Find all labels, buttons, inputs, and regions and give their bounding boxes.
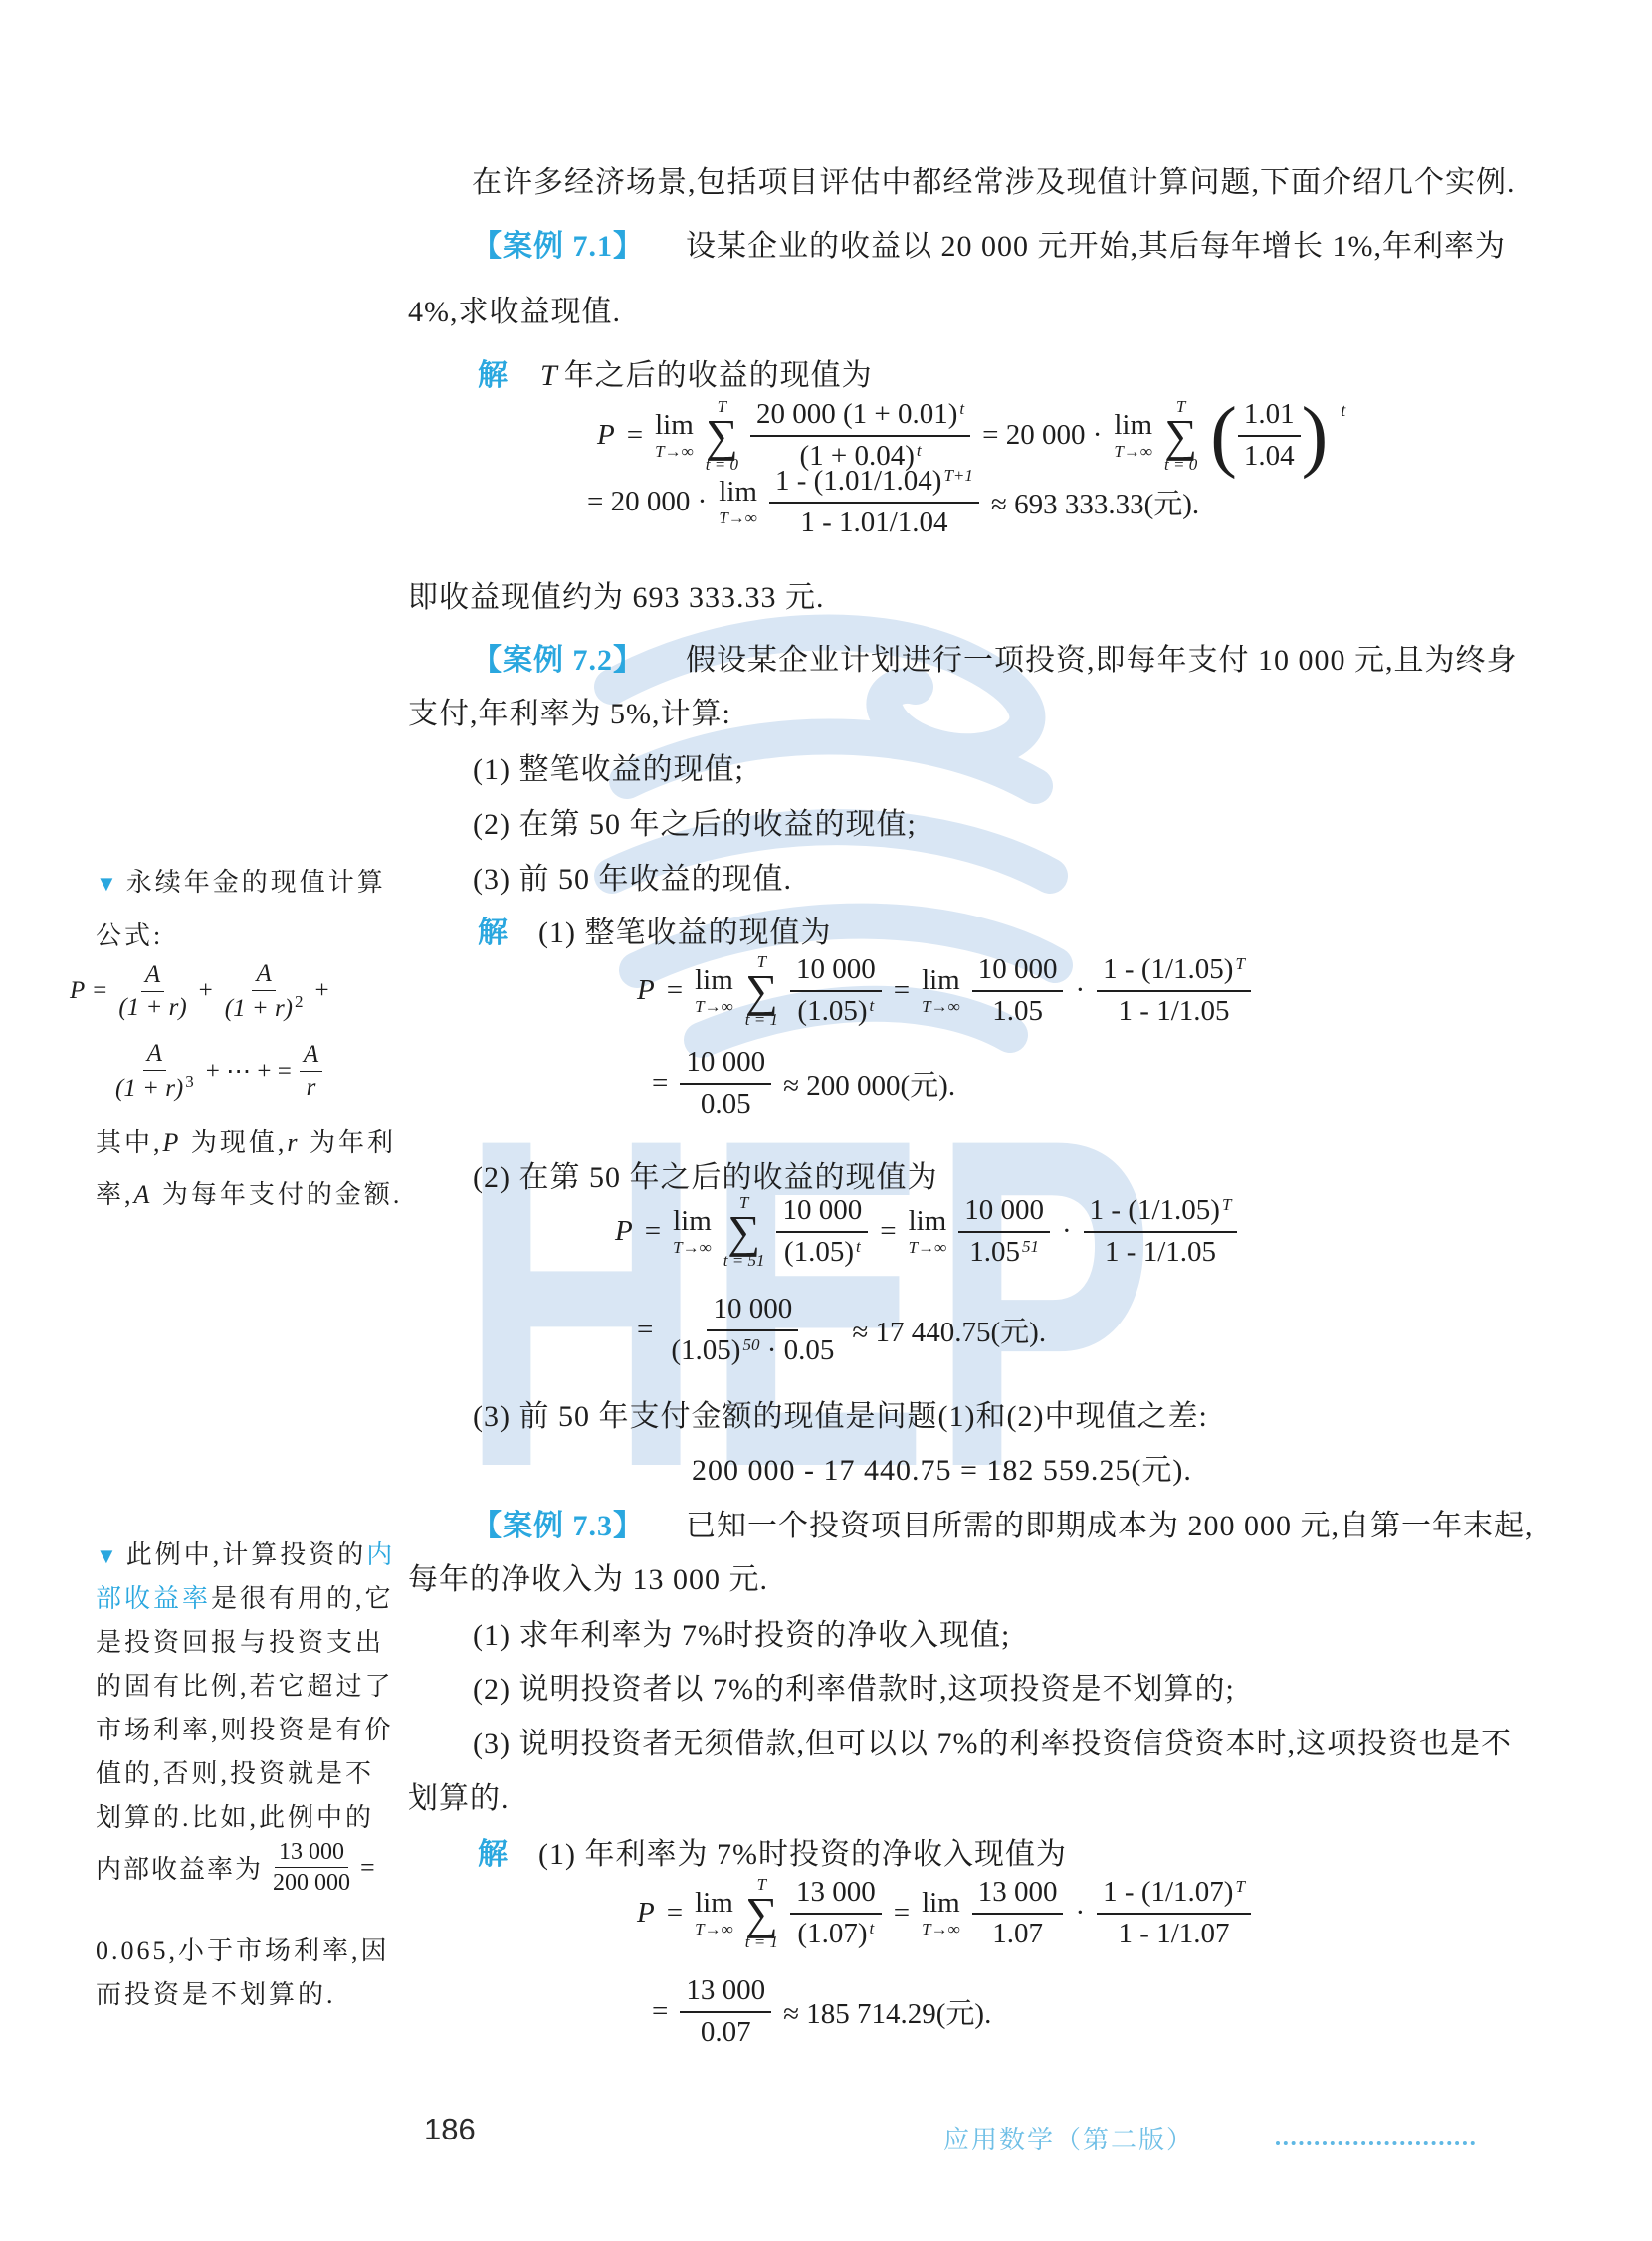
margin-note-line: 而投资是不划算的. bbox=[96, 1974, 336, 2011]
math-token: lim bbox=[922, 966, 960, 995]
margin-formula-line-2: A(1 + r)3 + ⋯ + = Ar bbox=[111, 1040, 322, 1102]
superscript: 3 bbox=[185, 1072, 194, 1091]
case-7-3-item-2: (2) 说明投资者以 7%的利率借款时,这项投资是不划算的; bbox=[473, 1664, 1235, 1708]
math-token: ≈ 17 440.75(元). bbox=[852, 1310, 1046, 1350]
limit-operator: limT→∞ bbox=[655, 411, 694, 460]
limit-operator: limT→∞ bbox=[695, 1889, 733, 1937]
numerator: 10 000 bbox=[790, 954, 882, 992]
summation-symbol: T∑t = 1 bbox=[745, 953, 778, 1028]
limit-operator: limT→∞ bbox=[922, 966, 960, 1015]
fraction: 1.01 1.04 bbox=[1238, 399, 1301, 473]
denominator: 1.05 bbox=[986, 992, 1049, 1028]
summation-symbol: T∑t = 51 bbox=[723, 1194, 765, 1269]
summation-symbol: T∑t = 1 bbox=[745, 1876, 778, 1950]
superscript: T bbox=[1222, 1195, 1231, 1214]
case-7-1-result: 即收益现值约为 693 333.33 元. bbox=[408, 572, 825, 616]
denominator: 1.04 bbox=[1238, 437, 1301, 473]
denominator: 1 - 1.01/1.04 bbox=[794, 504, 953, 539]
limit-operator: limT→∞ bbox=[922, 1889, 960, 1937]
numerator: 10 000 bbox=[972, 954, 1064, 992]
math-token: 1 - (1/1.05) bbox=[1103, 953, 1233, 985]
case-7-3-heading: 【案例 7.3】已知一个投资项目所需的即期成本为 200 000 元,自第一年末… bbox=[472, 1501, 1534, 1544]
sigma-icon: ∑ bbox=[706, 415, 738, 456]
math-token: 1 - (1.01/1.04) bbox=[775, 465, 942, 497]
limit-operator: limT→∞ bbox=[909, 1207, 947, 1256]
margin-note-text: 此例中,计算投资的 bbox=[126, 1540, 367, 1569]
math-operator: + ⋯ + = bbox=[206, 1056, 292, 1086]
math-operator: = bbox=[637, 1314, 653, 1346]
margin-note-text: 其中, bbox=[96, 1128, 163, 1157]
denominator: 1 - 1/1.05 bbox=[1113, 992, 1236, 1028]
case2-difference-equation: 200 000 - 17 440.75 = 182 559.25(元). bbox=[692, 1445, 1192, 1489]
numerator: 13 000 bbox=[972, 1877, 1064, 1915]
limit-operator: limT→∞ bbox=[695, 966, 733, 1015]
superscript: T bbox=[1235, 954, 1244, 973]
limit-operator: limT→∞ bbox=[719, 478, 757, 526]
fraction: 10 000 (1.05)t bbox=[776, 1195, 868, 1269]
case1-display-equation-2: = 20 000 · limT→∞ 1 - (1.01/1.04)T+1 1 -… bbox=[587, 466, 1199, 539]
case-7-3-text-line1: 已知一个投资项目所需的即期成本为 200 000 元,自第一年末起, bbox=[686, 1510, 1534, 1542]
denominator: 1 - 1/1.07 bbox=[1113, 1915, 1236, 1950]
textbook-page: HEP 在许多经济场景,包括项目评估中都经常涉及现值计算问题,下面介绍几个实例.… bbox=[0, 0, 1652, 2241]
case-7-3-solution-heading: 解(1) 年利率为 7%时投资的净收入现值为 bbox=[478, 1829, 1067, 1873]
fraction: 13 000 (1.07)t bbox=[790, 1877, 882, 1950]
math-token: (1.05) bbox=[784, 1236, 854, 1268]
margin-marker-icon: ▼ bbox=[96, 871, 120, 896]
intro-paragraph: 在许多经济场景,包括项目评估中都经常涉及现值计算问题,下面介绍几个实例. bbox=[472, 157, 1516, 201]
case-7-3-item-1: (1) 求年利率为 7%时投资的净收入现值; bbox=[473, 1610, 1010, 1654]
margin-note-text: 内部收益率为 bbox=[96, 1849, 263, 1886]
fraction: 10 000 (1.05)t bbox=[790, 954, 882, 1028]
case2-display-equation-1: P = limT→∞ T∑t = 1 10 000 (1.05)t = limT… bbox=[637, 953, 1251, 1028]
fraction: 10 000 1.0551 bbox=[958, 1195, 1050, 1269]
math-operator: + bbox=[315, 977, 329, 1005]
denominator: (1.07)t bbox=[791, 1915, 880, 1950]
case-7-2-item-2: (2) 在第 50 年之后的收益的现值; bbox=[473, 799, 917, 843]
math-token: lim bbox=[695, 966, 733, 995]
fraction: 10 000 0.05 bbox=[680, 1047, 771, 1120]
case-7-1-text-line1: 设某企业的收益以 20 000 元开始,其后每年增长 1%,年利率为 bbox=[686, 230, 1506, 263]
case-7-2-solution-1-heading: 解(1) 整笔收益的现值为 bbox=[478, 908, 831, 951]
math-token: · 0.05 bbox=[759, 1334, 834, 1366]
math-token: ≈ 185 714.29(元). bbox=[783, 1991, 991, 2032]
sigma-icon: ∑ bbox=[727, 1211, 760, 1252]
math-token: = 20 000 · bbox=[587, 486, 707, 518]
math-token: lim bbox=[655, 411, 694, 440]
fraction: Ar bbox=[300, 1041, 322, 1101]
margin-note-line: 市场利率,则投资是有价 bbox=[96, 1710, 394, 1746]
math-token: (1.07) bbox=[797, 1918, 867, 1949]
math-token: = 20 000 · bbox=[982, 419, 1102, 452]
superscript: 51 bbox=[1022, 1237, 1039, 1256]
numerator: 10 000 bbox=[680, 1047, 771, 1085]
footer-book-title: 应用数学（第二版） bbox=[943, 2120, 1194, 2156]
margin-note-line: 率,A 为每年支付的金额. bbox=[96, 1174, 402, 1211]
limit-subscript: T→∞ bbox=[1114, 443, 1152, 460]
numerator: 1.01 bbox=[1238, 399, 1301, 437]
math-variable: T bbox=[540, 359, 558, 392]
math-variable: P bbox=[637, 974, 655, 1007]
fraction: 20 000 (1 + 0.01)t (1 + 0.04)t bbox=[750, 399, 970, 473]
limit-operator: limT→∞ bbox=[1114, 411, 1152, 460]
sigma-icon: ∑ bbox=[745, 1893, 778, 1934]
margin-note-line: 的固有比例,若它超过了 bbox=[96, 1666, 394, 1703]
superscript: T+1 bbox=[943, 466, 972, 485]
solution-heading-text: (1) 整笔收益的现值为 bbox=[538, 917, 831, 949]
math-operator: = bbox=[667, 974, 683, 1007]
case-7-2-label: 【案例 7.2】 bbox=[472, 644, 644, 677]
fraction: 1 - (1/1.07)T 1 - 1/1.07 bbox=[1097, 1877, 1251, 1950]
math-token: 20 000 (1 + 0.01) bbox=[756, 398, 957, 430]
math-operator: = bbox=[627, 419, 643, 452]
fraction: 1 - (1.01/1.04)T+1 1 - 1.01/1.04 bbox=[769, 466, 979, 539]
summation-symbol: T∑t = 0 bbox=[706, 398, 738, 473]
case-7-1-heading: 【案例 7.1】设某企业的收益以 20 000 元开始,其后每年增长 1%,年利… bbox=[472, 221, 1506, 265]
limit-subscript: T→∞ bbox=[922, 998, 960, 1015]
math-operator: · bbox=[1075, 974, 1085, 1007]
margin-note-line: 是投资回报与投资支出 bbox=[96, 1622, 384, 1659]
numerator: 10 000 bbox=[776, 1195, 868, 1233]
fraction: 10 000 (1.05)50 · 0.05 bbox=[665, 1294, 840, 1367]
case-7-3-item-3-wrap: 划算的. bbox=[408, 1773, 510, 1817]
math-token: lim bbox=[1114, 411, 1152, 440]
denominator: 200 000 bbox=[269, 1868, 354, 1896]
superscript: t bbox=[870, 996, 875, 1015]
numerator: 1 - (1.01/1.04)T+1 bbox=[769, 466, 979, 504]
math-token: lim bbox=[673, 1207, 712, 1236]
denominator: (1 + r)3 bbox=[111, 1071, 198, 1103]
numerator: A bbox=[143, 1040, 166, 1071]
math-token: lim bbox=[909, 1207, 947, 1236]
limit-subscript: T→∞ bbox=[695, 998, 733, 1015]
math-variable: P bbox=[597, 419, 615, 452]
math-variable: A bbox=[134, 1180, 153, 1209]
case-7-2-item-1: (1) 整笔收益的现值; bbox=[473, 744, 744, 788]
math-token: ≈ 693 333.33(元). bbox=[991, 482, 1199, 522]
fraction: 13 000 0.07 bbox=[680, 1975, 771, 2049]
margin-note-line: 公式: bbox=[96, 916, 163, 952]
parenthesized-fraction: ( 1.01 1.04 ) bbox=[1209, 399, 1329, 473]
math-token: lim bbox=[695, 1889, 733, 1918]
math-token: lim bbox=[719, 478, 757, 507]
fraction: 13 000 1.07 bbox=[972, 1877, 1064, 1950]
numerator: 10 000 bbox=[958, 1195, 1050, 1233]
solution-label: 解 bbox=[478, 917, 509, 949]
limit-subscript: T→∞ bbox=[673, 1239, 712, 1256]
case-7-2-solution-2-heading: (2) 在第 50 年之后的收益的现值为 bbox=[473, 1152, 937, 1196]
sigma-icon: ∑ bbox=[745, 970, 778, 1011]
margin-note-line: 部收益率是很有用的,它 bbox=[96, 1578, 394, 1615]
superscript: 50 bbox=[742, 1335, 759, 1354]
numerator: 10 000 bbox=[707, 1294, 798, 1331]
limit-operator: limT→∞ bbox=[673, 1207, 712, 1256]
fraction: 13 000200 000 bbox=[269, 1839, 354, 1897]
denominator: (1.05)t bbox=[791, 992, 880, 1028]
fraction: A(1 + r)3 bbox=[111, 1040, 198, 1102]
case-7-1-text-line2: 4%,求收益现值. bbox=[408, 287, 621, 330]
margin-note-text: 为每年支付的金额. bbox=[152, 1180, 402, 1209]
margin-note-text: 为年利 bbox=[301, 1128, 397, 1157]
summation-symbol: T∑t = 0 bbox=[1164, 398, 1197, 473]
numerator: 13 000 bbox=[790, 1877, 882, 1915]
fraction: A(1 + r)2 bbox=[221, 960, 308, 1022]
math-operator: = bbox=[645, 1215, 661, 1248]
math-token: ≈ 200 000(元). bbox=[783, 1063, 955, 1104]
math-token: 1 - (1/1.07) bbox=[1103, 1876, 1233, 1908]
math-operator: = bbox=[652, 1995, 668, 2028]
margin-note-text: 率, bbox=[96, 1180, 134, 1209]
fraction: 1 - (1/1.05)T 1 - 1/1.05 bbox=[1097, 954, 1251, 1028]
case-7-2-item-3: (3) 前 50 年收益的现值. bbox=[473, 854, 792, 898]
math-variable: P bbox=[163, 1128, 182, 1157]
margin-marker-icon: ▼ bbox=[96, 1543, 120, 1568]
margin-note-text: 是很有用的,它 bbox=[211, 1584, 394, 1613]
denominator: 1 - 1/1.05 bbox=[1099, 1233, 1222, 1269]
numerator: A bbox=[252, 960, 275, 991]
numerator: 1 - (1/1.07)T bbox=[1097, 1877, 1251, 1915]
limit-subscript: T→∞ bbox=[719, 509, 757, 526]
page-number: 186 bbox=[424, 2112, 476, 2147]
case-7-2-text-line1: 假设某企业计划进行一项投资,即每年支付 10 000 元,且为终身 bbox=[686, 644, 1518, 677]
superscript: t bbox=[856, 1237, 861, 1256]
denominator: (1.05)50 · 0.05 bbox=[665, 1331, 840, 1367]
math-token: 1 - (1/1.05) bbox=[1090, 1194, 1220, 1226]
denominator: (1 + r) bbox=[114, 992, 190, 1022]
math-variable: P bbox=[637, 1897, 655, 1930]
margin-note-line: 永续年金的现值计算 bbox=[126, 868, 386, 897]
case-7-1-label: 【案例 7.1】 bbox=[472, 230, 644, 263]
sigma-icon: ∑ bbox=[1164, 415, 1197, 456]
math-variable: P bbox=[70, 977, 85, 1005]
denominator: 1.0551 bbox=[963, 1233, 1045, 1269]
superscript: t bbox=[959, 399, 964, 418]
numerator: A bbox=[300, 1041, 322, 1072]
math-operator: = bbox=[93, 977, 106, 1005]
margin-note-text: 为现值, bbox=[181, 1128, 287, 1157]
sum-lower-bound: t = 1 bbox=[745, 1934, 778, 1950]
math-token: lim bbox=[922, 1889, 960, 1918]
superscript: t bbox=[1341, 400, 1345, 421]
numerator: 13 000 bbox=[680, 1975, 771, 2013]
numerator: 1 - (1/1.05)T bbox=[1084, 1195, 1238, 1233]
math-operator: = bbox=[667, 1897, 683, 1930]
solution-heading-text: (1) 年利率为 7%时投资的净收入现值为 bbox=[538, 1838, 1067, 1871]
math-operator: = bbox=[880, 1215, 896, 1248]
margin-note-irr: ▼此例中,计算投资的内 bbox=[96, 1534, 395, 1571]
superscript: t bbox=[917, 441, 922, 460]
solution-label: 解 bbox=[478, 359, 509, 392]
highlighted-term: 内 bbox=[366, 1540, 395, 1569]
math-operator: + bbox=[199, 977, 213, 1005]
math-token: (1 + r) bbox=[225, 995, 293, 1022]
limit-subscript: T→∞ bbox=[655, 443, 694, 460]
math-operator: = bbox=[652, 1067, 668, 1100]
margin-note-line: 划算的.比如,此例中的 bbox=[96, 1797, 374, 1834]
math-operator: = bbox=[894, 1897, 910, 1930]
case-7-2-heading: 【案例 7.2】假设某企业计划进行一项投资,即每年支付 10 000 元,且为终… bbox=[472, 635, 1518, 679]
math-token: (1 + r) bbox=[115, 1075, 183, 1102]
sum-lower-bound: t = 1 bbox=[745, 1011, 778, 1028]
solution-label: 解 bbox=[478, 1838, 509, 1871]
sum-lower-bound: t = 51 bbox=[723, 1252, 765, 1269]
denominator: (1.05)t bbox=[778, 1233, 867, 1269]
case2-display-equation-3: P = limT→∞ T∑t = 51 10 000 (1.05)t = lim… bbox=[615, 1194, 1237, 1269]
margin-note-line: 0.065,小于市场利率,因 bbox=[96, 1931, 390, 1967]
math-token: 1.05 bbox=[969, 1236, 1020, 1268]
superscript: T bbox=[1235, 1877, 1244, 1896]
case2-display-equation-2: = 10 000 0.05 ≈ 200 000(元). bbox=[652, 1047, 955, 1120]
limit-subscript: T→∞ bbox=[922, 1921, 960, 1937]
case-7-2-text-line2: 支付,年利率为 5%,计算: bbox=[408, 689, 731, 732]
margin-note-annuity: ▼永续年金的现值计算 bbox=[96, 862, 386, 899]
denominator: r bbox=[303, 1072, 320, 1102]
case-7-3-label: 【案例 7.3】 bbox=[472, 1510, 644, 1542]
fraction: 1 - (1/1.05)T 1 - 1/1.05 bbox=[1084, 1195, 1238, 1269]
math-variable: P bbox=[615, 1215, 633, 1248]
math-variable: r bbox=[287, 1128, 300, 1157]
case-7-3-text-line2: 每年的净收入为 13 000 元. bbox=[408, 1554, 768, 1598]
case1-display-equation-1: P = limT→∞ T∑t = 0 20 000 (1 + 0.01)t (1… bbox=[597, 398, 1345, 473]
case-7-3-item-3: (3) 说明投资者无须借款,但可以以 7%的利率投资信贷资本时,这项投资也是不 bbox=[473, 1719, 1512, 1762]
math-operator: = bbox=[894, 974, 910, 1007]
case3-display-equation-1: P = limT→∞ T∑t = 1 13 000 (1.07)t = limT… bbox=[637, 1876, 1251, 1950]
numerator: A bbox=[141, 961, 164, 992]
fraction: 10 000 1.05 bbox=[972, 954, 1064, 1028]
denominator: (1 + r)2 bbox=[221, 991, 308, 1023]
numerator: 20 000 (1 + 0.01)t bbox=[750, 399, 970, 437]
denominator: 0.07 bbox=[695, 2013, 757, 2049]
footer-dotted-line bbox=[1276, 2124, 1475, 2145]
margin-formula-line-1: P = A(1 + r) + A(1 + r)2 + bbox=[70, 960, 329, 1022]
case3-display-equation-2: = 13 000 0.07 ≈ 185 714.29(元). bbox=[652, 1975, 991, 2049]
case-7-2-solution-3-heading: (3) 前 50 年支付金额的现值是问题(1)和(2)中现值之差: bbox=[473, 1391, 1208, 1435]
margin-note-irr-formula: 内部收益率为 13 000200 000 = bbox=[96, 1839, 377, 1897]
math-operator: = bbox=[360, 1853, 377, 1883]
denominator: 0.05 bbox=[695, 1085, 757, 1120]
limit-subscript: T→∞ bbox=[695, 1921, 733, 1937]
denominator: 1.07 bbox=[986, 1915, 1049, 1950]
margin-note-line: 值的,否则,投资就是不 bbox=[96, 1753, 374, 1790]
fraction: A(1 + r) bbox=[114, 961, 190, 1021]
math-token: (1.05) bbox=[671, 1334, 740, 1366]
case-7-1-solution-heading: 解T年之后的收益的现值为 bbox=[478, 350, 873, 394]
numerator: 13 000 bbox=[275, 1839, 348, 1868]
math-operator: · bbox=[1075, 1897, 1085, 1930]
superscript: 2 bbox=[295, 992, 304, 1011]
solution-heading-text: 年之后的收益的现值为 bbox=[564, 359, 873, 392]
numerator: 1 - (1/1.05)T bbox=[1097, 954, 1251, 992]
math-operator: · bbox=[1062, 1215, 1072, 1248]
limit-subscript: T→∞ bbox=[909, 1239, 947, 1256]
superscript: t bbox=[870, 1919, 875, 1937]
math-token: (1.05) bbox=[797, 995, 867, 1027]
case2-display-equation-4: = 10 000 (1.05)50 · 0.05 ≈ 17 440.75(元). bbox=[637, 1294, 1046, 1367]
margin-note-line: 其中,P 为现值,r 为年利 bbox=[96, 1122, 396, 1159]
highlighted-term: 部收益率 bbox=[96, 1584, 211, 1613]
